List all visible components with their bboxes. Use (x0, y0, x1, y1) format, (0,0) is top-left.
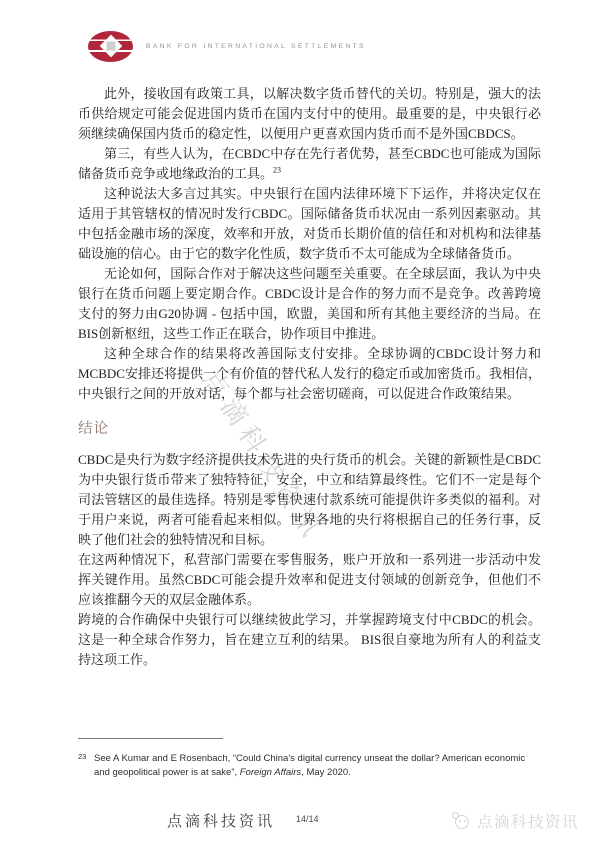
conclusion-paragraph: CBDC是央行为数字经济提供技术先进的央行货币的机会。关键的新颖性是CBDC为中… (78, 450, 541, 550)
conclusion-paragraph: 在这两种情况下，私营部门需要在零售服务，账户开放和一系列进一步活动中发挥关键作用… (78, 550, 541, 610)
footnote-marker: 23 (78, 750, 86, 764)
corner-watermark: 点滴科技资讯 (452, 810, 579, 832)
paragraph: 这种说法大多言过其实。中央银行在国内法律环境下下运作，并将决定仅在适用于其管辖权… (78, 184, 541, 264)
document-page: 点滴科技资讯 BANK FOR INTERNATIONAL SETTLEMENT… (0, 0, 600, 849)
document-text: 此外，接收国有政策工具，以解决数字货币替代的关切。特别是，强大的法币供给规定可能… (78, 84, 541, 670)
bis-logo-wordmark: BANK FOR INTERNATIONAL SETTLEMENTS (146, 43, 366, 50)
bis-header: BANK FOR INTERNATIONAL SETTLEMENTS (88, 29, 366, 63)
conclusion-heading: 结论 (78, 419, 541, 439)
footnote-reference: 23 (273, 166, 281, 175)
paragraph: 无论如何，国际合作对于解决这些问题至关重要。在全球层面，我认为中央银行在货币问题… (78, 264, 541, 344)
footnote: 23 See A Kumar and E Rosenbach, “Could C… (78, 752, 541, 779)
paragraph: 这种全球合作的结果将改善国际支付安排。全球协调的CBDC设计努力和MCBDC安排… (78, 344, 541, 404)
watermark-mascot-icon (452, 812, 471, 831)
paragraph: 此外，接收国有政策工具，以解决数字货币替代的关切。特别是，强大的法币供给规定可能… (78, 84, 541, 144)
paragraph-text: 第三，有些人认为，在CBDC中存在先行者优势，甚至CBDC也可能成为国际储备货币… (78, 146, 541, 181)
footnote-divider (78, 738, 223, 739)
paragraph: 第三，有些人认为，在CBDC中存在先行者优势，甚至CBDC也可能成为国际储备货币… (78, 144, 541, 184)
footnote-journal: Foreign Affairs (240, 767, 301, 778)
corner-watermark-text: 点滴科技资讯 (477, 810, 579, 832)
page-number: 14/14 (296, 814, 319, 824)
footnote-text: See A Kumar and E Rosenbach, “Could Chin… (94, 753, 525, 778)
bis-logo-icon (88, 31, 133, 62)
conclusion-paragraph: 跨境的合作确保中央银行可以继续彼此学习，并掌握跨境支付中CBDC的机会。这是一种… (78, 610, 541, 670)
bis-logo-diamond (99, 35, 122, 58)
footer-site-name: 点滴科技资讯 (167, 810, 275, 831)
